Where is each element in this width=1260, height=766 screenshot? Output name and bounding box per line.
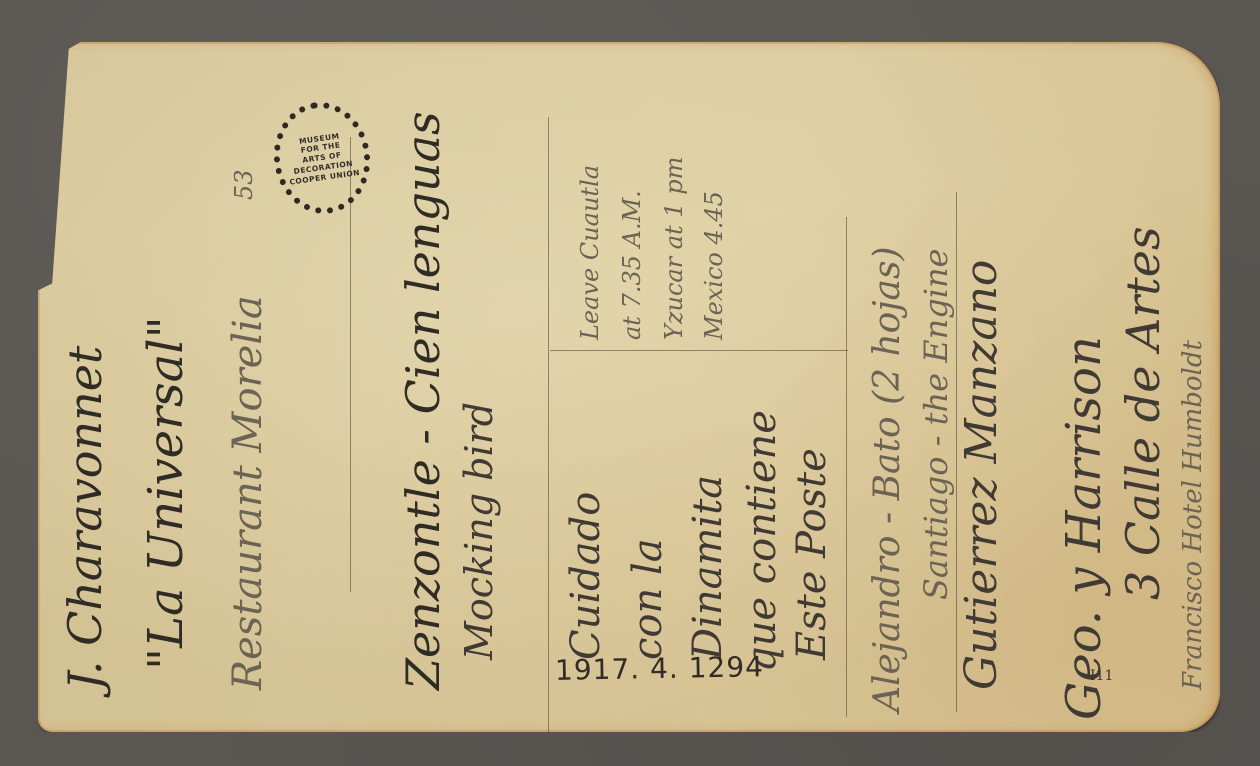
note-cuidado: Cuidado bbox=[566, 492, 606, 660]
note-hotel: Francisco Hotel Humboldt bbox=[1180, 340, 1206, 690]
note-gutierrez-manzano: Gutierrez Manzano bbox=[960, 260, 1004, 690]
note-restaurant: Restaurant Morelia bbox=[228, 295, 268, 690]
note-zenzontle: Zenzontle - Cien lenguas bbox=[400, 111, 446, 690]
note-la-universal: "La Universal" bbox=[142, 316, 190, 670]
ruled-line-1 bbox=[350, 137, 351, 592]
ruled-line-3 bbox=[550, 350, 848, 351]
note-yzucar: Yzucar at 1 pm bbox=[662, 157, 686, 340]
accession-number: 1917. 4. 1294 bbox=[555, 650, 764, 687]
page-mark: I11 bbox=[1090, 668, 1113, 684]
note-leave-cuautla: Leave Cuautla bbox=[578, 165, 602, 340]
note-con-la: con la bbox=[628, 538, 668, 660]
ruled-line-4 bbox=[846, 217, 847, 717]
note-dinamita: Dinamita bbox=[688, 475, 728, 660]
ruled-line-2 bbox=[548, 117, 549, 757]
note-charavonnet: J. Charavonnet bbox=[62, 346, 108, 690]
note-santiago: Santiago - the Engine bbox=[920, 249, 952, 601]
note-mocking-bird: Mocking bird bbox=[460, 402, 498, 660]
note-number-53: 53 bbox=[232, 169, 256, 200]
note-este-poste: Este Poste bbox=[792, 448, 832, 660]
note-harrison: Geo. y Harrison bbox=[1060, 336, 1108, 720]
note-alejandro-bato: Alejandro - Bato (2 hojas) bbox=[870, 246, 906, 712]
note-time-735: at 7.35 A.M. bbox=[620, 190, 644, 340]
note-que-contiene: que contiene bbox=[742, 410, 782, 672]
note-mexico-445: Mexico 4.45 bbox=[702, 191, 726, 340]
note-calle: 3 Calle de Artes bbox=[1120, 226, 1166, 600]
